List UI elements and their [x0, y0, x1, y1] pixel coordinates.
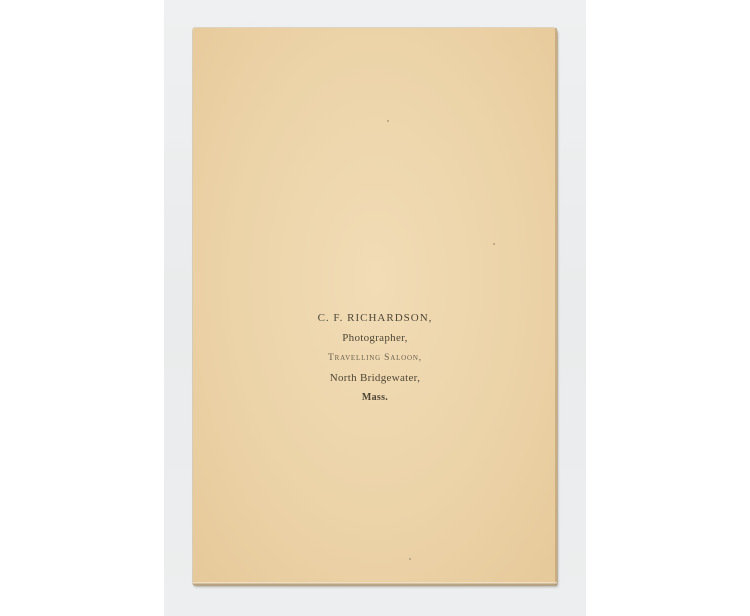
speck	[493, 243, 495, 245]
speck	[409, 558, 411, 560]
photographer-title: Photographer,	[193, 328, 557, 348]
speck	[387, 120, 389, 122]
state: Mass.	[193, 388, 557, 408]
photographer-name: C. F. RICHARDSON,	[193, 308, 557, 328]
town: North Bridgewater,	[193, 368, 557, 388]
business-name: Travelling Saloon,	[193, 348, 557, 368]
photographer-imprint: C. F. RICHARDSON, Photographer, Travelli…	[193, 308, 557, 408]
photo-card-back: C. F. RICHARDSON, Photographer, Travelli…	[193, 28, 557, 585]
